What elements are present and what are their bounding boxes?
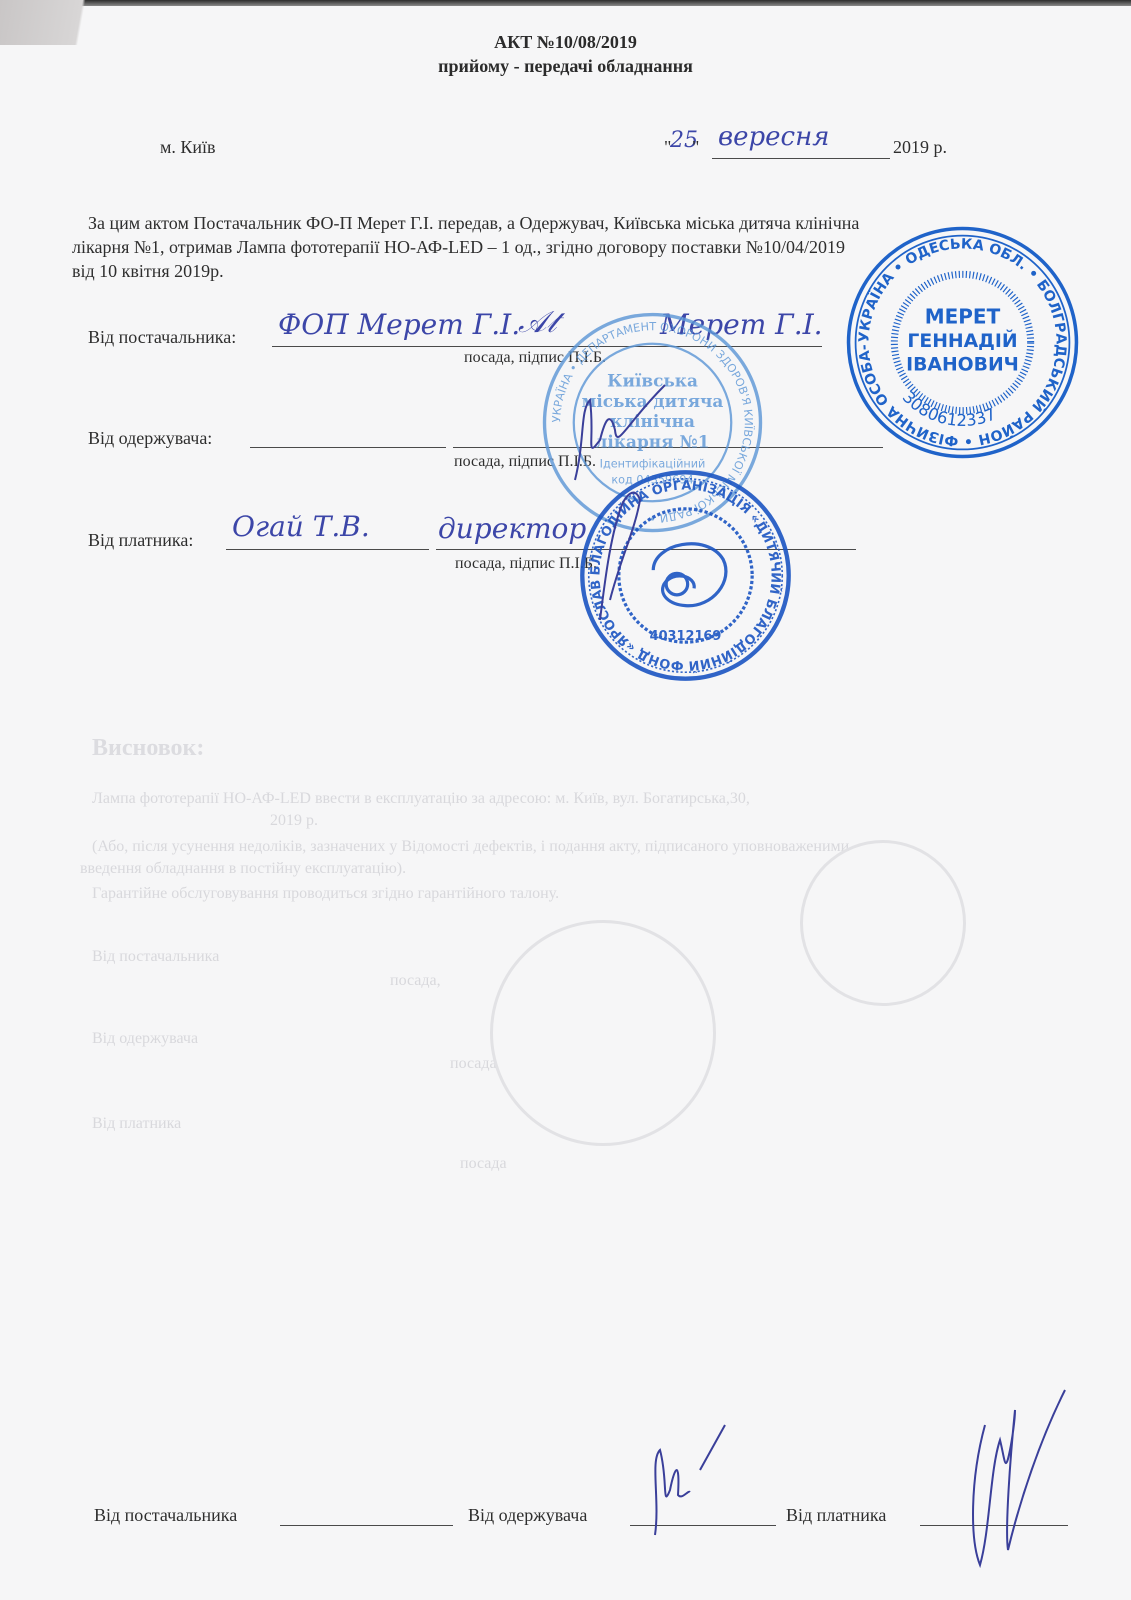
date-year: 2019 р. [893,137,947,158]
handwritten-position: Огай Т.В. [232,510,370,543]
body-line: За цим актом Постачальник ФО-П Мерет Г.І… [88,213,859,234]
bleed-line: 2019 р. [270,812,318,830]
document-title: АКТ №10/08/2019 прийому - передачі облад… [0,30,1131,78]
signature-label: Від платника: [88,530,193,551]
bleed-line: Від постачальника [92,948,219,966]
bleed-line: Від платника [92,1115,181,1133]
footer-receiver-signature [630,1410,740,1540]
date-close-quote: " [692,137,699,158]
bleed-line: посада [450,1055,497,1073]
bleed-stamp-ring [490,920,716,1146]
bleed-heading: Висновок: [92,735,204,762]
supplier-stamp: УКРАЇНА • ОДЕСЬКА ОБЛ. • БОЛГРАДСЬКИЙ РА… [845,225,1080,460]
supplier-stamp-name: МЕРЕТ [925,305,1001,329]
body-line: від 10 квітня 2019р. [72,261,224,282]
handwritten-position: ФОП Мерет Г.І. [278,308,520,341]
footer-supplier-line [280,1525,453,1526]
title-line-1: АКТ №10/08/2019 [0,30,1131,54]
signature-line-position [250,447,446,448]
bleed-line: посада, [390,972,441,990]
payer-signature-scribble [590,480,660,630]
svg-text:ГЕННАДІЙ: ГЕННАДІЙ [907,329,1017,352]
bleed-line: Від одержувача [92,1030,198,1048]
bleed-line: Лампа фототерапії НО-АФ-LED ввести в екс… [92,790,750,808]
footer-payer-signature [960,1380,1070,1570]
body-line: лікарня №1, отримав Лампа фототерапії НО… [72,237,845,258]
footer-supplier-label: Від постачальника [94,1505,237,1526]
bleed-line: введення обладнання в постійну експлуата… [80,860,406,878]
signature-line-position [226,549,429,550]
scan-edge-shadow [0,0,1131,6]
receiver-signature-scribble [555,380,675,490]
date-month-handwritten: вересня [718,122,829,152]
city: м. Київ [160,137,216,158]
signature-label: Від одержувача: [88,428,212,449]
signature-caption: посада, підпис П.І.Б. [455,555,597,573]
date-month-underline [712,158,890,159]
bleed-line: (Або, після усунення недоліків, зазначен… [92,838,849,856]
svg-text:ІВАНОВИЧ: ІВАНОВИЧ [906,355,1019,376]
signature-label: Від постачальника: [88,327,236,348]
title-line-2: прийому - передачі обладнання [0,54,1131,78]
footer-payer-label: Від платника [786,1505,886,1526]
bleed-line: Гарантійне обслуговування проводиться зг… [92,885,559,903]
charity-logo-icon [653,544,726,606]
footer-receiver-label: Від одержувача [468,1505,587,1526]
charity-stamp-code: 40312169 [650,629,722,644]
bleed-line: посада [460,1155,507,1173]
bleed-stamp-ring [800,840,966,1006]
